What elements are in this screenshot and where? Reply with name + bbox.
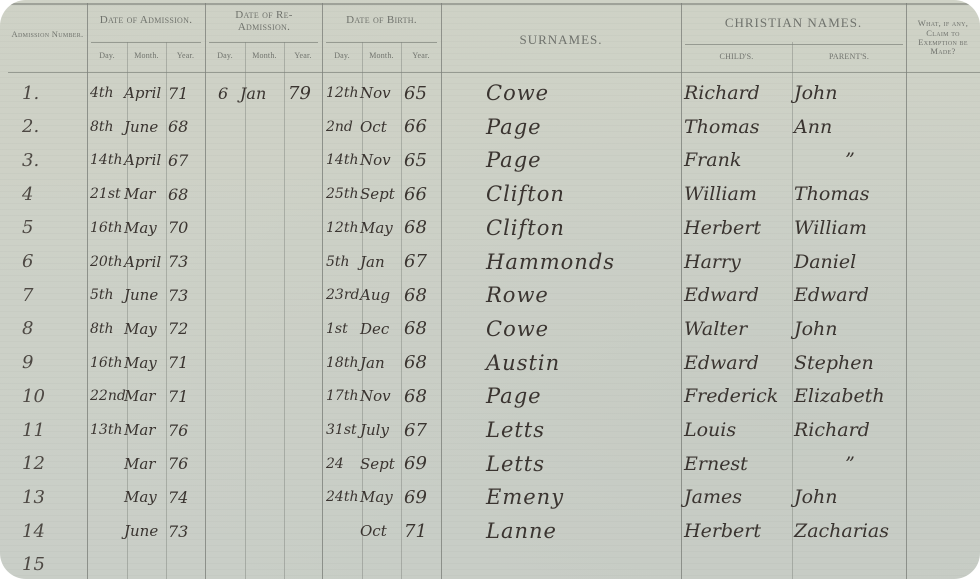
readmission-year: [288, 312, 322, 346]
readmission-year: [288, 177, 322, 211]
admission-number: 3.: [22, 143, 82, 177]
surname: Clifton: [486, 211, 676, 245]
admission-year: 71: [168, 346, 204, 380]
admission-number: 4: [22, 177, 82, 211]
birth-year: 68: [404, 211, 440, 245]
child-name: Walter: [684, 312, 794, 346]
exemption-claim: [908, 177, 978, 211]
exemption-claim: [908, 447, 978, 481]
birth-year: 66: [404, 177, 440, 211]
readmission-year: [288, 413, 322, 447]
birth-month: July: [360, 413, 406, 447]
header-date-of-birth: Date of Birth.: [322, 6, 441, 36]
exemption-claim: [908, 548, 978, 579]
readmission-month: [240, 211, 284, 245]
parent-name: Edward: [794, 278, 906, 312]
surname: Lanne: [486, 514, 676, 548]
exemption-claim: [908, 514, 978, 548]
child-name: Herbert: [684, 211, 794, 245]
surname: Clifton: [486, 177, 676, 211]
admission-month: May: [124, 346, 174, 380]
parent-name: Richard: [794, 413, 906, 447]
parent-name: Elizabeth: [794, 379, 906, 413]
readmission-year: [288, 480, 322, 514]
exemption-claim: [908, 346, 978, 380]
admission-year: 68: [168, 110, 204, 144]
header-admission-number: Admission Number.: [8, 12, 87, 58]
parent-name: Daniel: [794, 245, 906, 279]
birth-year: 71: [404, 514, 440, 548]
admission-year: 73: [168, 245, 204, 279]
exemption-claim: [908, 245, 978, 279]
register-row: 12Mar7624Sept69LettsErnest”: [0, 447, 980, 481]
admission-month: May: [124, 312, 174, 346]
surname: Rowe: [486, 278, 676, 312]
child-name: Ernest: [684, 447, 794, 481]
readmission-month: [240, 312, 284, 346]
rule-header-bottom: [8, 72, 980, 73]
register-row: 916thMay7118thJan68AustinEdwardStephen: [0, 346, 980, 380]
register-row: 1113thMar7631stJuly67LettsLouisRichard: [0, 413, 980, 447]
rule-christian-subheader: [685, 44, 903, 45]
birth-year: 67: [404, 413, 440, 447]
register-row: 88thMay721stDec68CoweWalterJohn: [0, 312, 980, 346]
child-name: Richard: [684, 76, 794, 110]
readmission-month: [240, 143, 284, 177]
register-row: 421stMar6825thSept66CliftonWilliamThomas: [0, 177, 980, 211]
child-name: Harry: [684, 245, 794, 279]
birth-month: May: [360, 211, 406, 245]
admission-year: 73: [168, 514, 204, 548]
admission-number: 11: [22, 413, 82, 447]
birth-year: 68: [404, 312, 440, 346]
admission-year: 67: [168, 143, 204, 177]
child-name: Edward: [684, 346, 794, 380]
readmission-month: [240, 514, 284, 548]
header-christian-names: CHRISTIAN NAMES.: [681, 6, 906, 40]
admission-month: April: [124, 143, 174, 177]
readmission-year: [288, 514, 322, 548]
exemption-claim: [908, 143, 978, 177]
child-name: Thomas: [684, 110, 794, 144]
birth-year: 65: [404, 76, 440, 110]
surname: [486, 548, 676, 579]
admission-year: 74: [168, 480, 204, 514]
header-birth-year: Year.: [401, 44, 441, 68]
parent-name: William: [794, 211, 906, 245]
birth-year: 68: [404, 278, 440, 312]
readmission-year: 79: [288, 76, 322, 110]
admission-number: 10: [22, 379, 82, 413]
readmission-month: [240, 346, 284, 380]
readmission-year: [288, 379, 322, 413]
header-parents: PARENT'S.: [792, 46, 906, 68]
surname: Hammonds: [486, 245, 676, 279]
birth-year: 66: [404, 110, 440, 144]
parent-name: Ann: [794, 110, 906, 144]
surname: Page: [486, 143, 676, 177]
child-name: Frederick: [684, 379, 794, 413]
admission-month: [124, 548, 174, 579]
admission-number: 1.: [22, 76, 82, 110]
admission-number: 6: [22, 245, 82, 279]
admission-month: Mar: [124, 379, 174, 413]
register-row: 13May7424thMay69EmenyJamesJohn: [0, 480, 980, 514]
readmission-month: [240, 447, 284, 481]
admission-month: June: [124, 278, 174, 312]
admission-year: 72: [168, 312, 204, 346]
header-date-of-admission: Date of Admission.: [87, 6, 205, 36]
readmission-month: [240, 177, 284, 211]
readmission-month: Jan: [240, 76, 284, 110]
birth-month: Sept: [360, 447, 406, 481]
rule-readm-subheader: [209, 42, 318, 43]
admission-number: 2.: [22, 110, 82, 144]
admission-month: April: [124, 245, 174, 279]
header-readm-year: Year.: [284, 44, 322, 68]
child-name: Frank: [684, 143, 794, 177]
birth-month: [360, 548, 406, 579]
register-row: 1.4thApril716Jan7912thNov65CoweRichardJo…: [0, 76, 980, 110]
admission-month: Mar: [124, 413, 174, 447]
admission-year: 76: [168, 413, 204, 447]
admission-number: 15: [22, 548, 82, 579]
header-readm-month: Month.: [245, 44, 284, 68]
readmission-month: [240, 480, 284, 514]
parent-name: Zacharias: [794, 514, 906, 548]
admission-month: June: [124, 514, 174, 548]
parent-name: John: [794, 312, 906, 346]
exemption-claim: [908, 379, 978, 413]
parent-name: [794, 548, 906, 579]
rule-adm-subheader: [91, 42, 201, 43]
admission-number: 9: [22, 346, 82, 380]
header-adm-year: Year.: [166, 44, 205, 68]
header-birth-day: Day.: [322, 44, 362, 68]
child-name: Edward: [684, 278, 794, 312]
readmission-month: [240, 548, 284, 579]
admission-number: 8: [22, 312, 82, 346]
header-adm-day: Day.: [87, 44, 127, 68]
readmission-year: [288, 110, 322, 144]
admission-month: Mar: [124, 447, 174, 481]
surname: Emeny: [486, 480, 676, 514]
surname: Cowe: [486, 76, 676, 110]
birth-month: Oct: [360, 514, 406, 548]
admission-year: 73: [168, 278, 204, 312]
admission-month: April: [124, 76, 174, 110]
birth-month: Nov: [360, 76, 406, 110]
birth-month: Jan: [360, 245, 406, 279]
admission-number: 14: [22, 514, 82, 548]
surname: Page: [486, 110, 676, 144]
exemption-claim: [908, 278, 978, 312]
rule-birth-subheader: [326, 42, 437, 43]
birth-month: Aug: [360, 278, 406, 312]
exemption-claim: [908, 110, 978, 144]
register-row: 2.8thJune682ndOct66PageThomasAnn: [0, 110, 980, 144]
readmission-year: [288, 211, 322, 245]
admission-month: May: [124, 211, 174, 245]
birth-month: Oct: [360, 110, 406, 144]
parent-name: John: [794, 480, 906, 514]
admission-number: 12: [22, 447, 82, 481]
surname: Letts: [486, 413, 676, 447]
parent-name: Thomas: [794, 177, 906, 211]
header-birth-month: Month.: [362, 44, 401, 68]
parent-name: Stephen: [794, 346, 906, 380]
birth-year: 69: [404, 447, 440, 481]
header-adm-month: Month.: [127, 44, 166, 68]
child-name: James: [684, 480, 794, 514]
register-row: 15: [0, 548, 980, 579]
admission-year: 68: [168, 177, 204, 211]
header-date-of-readmission: Date of Re-Admission.: [210, 4, 318, 40]
parent-name: John: [794, 76, 906, 110]
admission-month: June: [124, 110, 174, 144]
birth-year: 68: [404, 346, 440, 380]
register-row: 516thMay7012thMay68CliftonHerbertWilliam: [0, 211, 980, 245]
birth-year: [404, 548, 440, 579]
top-rule: [0, 3, 980, 5]
exemption-claim: [908, 312, 978, 346]
readmission-year: [288, 447, 322, 481]
birth-year: 65: [404, 143, 440, 177]
header-exemption-claim: What, if any, Claim to Exemption be Made…: [908, 10, 978, 66]
admission-number: 7: [22, 278, 82, 312]
child-name: [684, 548, 794, 579]
readmission-month: [240, 110, 284, 144]
child-name: William: [684, 177, 794, 211]
child-name: Louis: [684, 413, 794, 447]
exemption-claim: [908, 211, 978, 245]
surname: Austin: [486, 346, 676, 380]
readmission-month: [240, 379, 284, 413]
register-row: 1022ndMar7117thNov68PageFrederickElizabe…: [0, 379, 980, 413]
readmission-year: [288, 143, 322, 177]
birth-month: Nov: [360, 143, 406, 177]
header-surnames: SURNAMES.: [441, 20, 681, 60]
readmission-month: [240, 245, 284, 279]
register-row: 14June73Oct71LanneHerbertZacharias: [0, 514, 980, 548]
header-childs: CHILD'S.: [681, 46, 792, 68]
admission-year: 71: [168, 379, 204, 413]
register-row: 620thApril735thJan67HammondsHarryDaniel: [0, 245, 980, 279]
readmission-month: [240, 413, 284, 447]
register-row: 3.14thApril6714thNov65PageFrank”: [0, 143, 980, 177]
admission-number: 5: [22, 211, 82, 245]
child-name: Herbert: [684, 514, 794, 548]
surname: Cowe: [486, 312, 676, 346]
readmission-year: [288, 245, 322, 279]
surname: Page: [486, 379, 676, 413]
birth-month: Jan: [360, 346, 406, 380]
exemption-claim: [908, 480, 978, 514]
birth-month: Nov: [360, 379, 406, 413]
admission-year: 76: [168, 447, 204, 481]
admission-year: [168, 548, 204, 579]
admission-year: 70: [168, 211, 204, 245]
surname: Letts: [486, 447, 676, 481]
readmission-year: [288, 278, 322, 312]
admission-register-page: Admission Number. Date of Admission. Dat…: [0, 0, 980, 579]
birth-year: 67: [404, 245, 440, 279]
admission-month: May: [124, 480, 174, 514]
header-readm-day: Day.: [205, 44, 245, 68]
readmission-year: [288, 346, 322, 380]
birth-month: May: [360, 480, 406, 514]
admission-year: 71: [168, 76, 204, 110]
readmission-month: [240, 278, 284, 312]
readmission-year: [288, 548, 322, 579]
admission-number: 13: [22, 480, 82, 514]
birth-month: Dec: [360, 312, 406, 346]
register-row: 75thJune7323rdAug68RoweEdwardEdward: [0, 278, 980, 312]
exemption-claim: [908, 76, 978, 110]
exemption-claim: [908, 413, 978, 447]
birth-month: Sept: [360, 177, 406, 211]
admission-month: Mar: [124, 177, 174, 211]
birth-year: 68: [404, 379, 440, 413]
birth-year: 69: [404, 480, 440, 514]
